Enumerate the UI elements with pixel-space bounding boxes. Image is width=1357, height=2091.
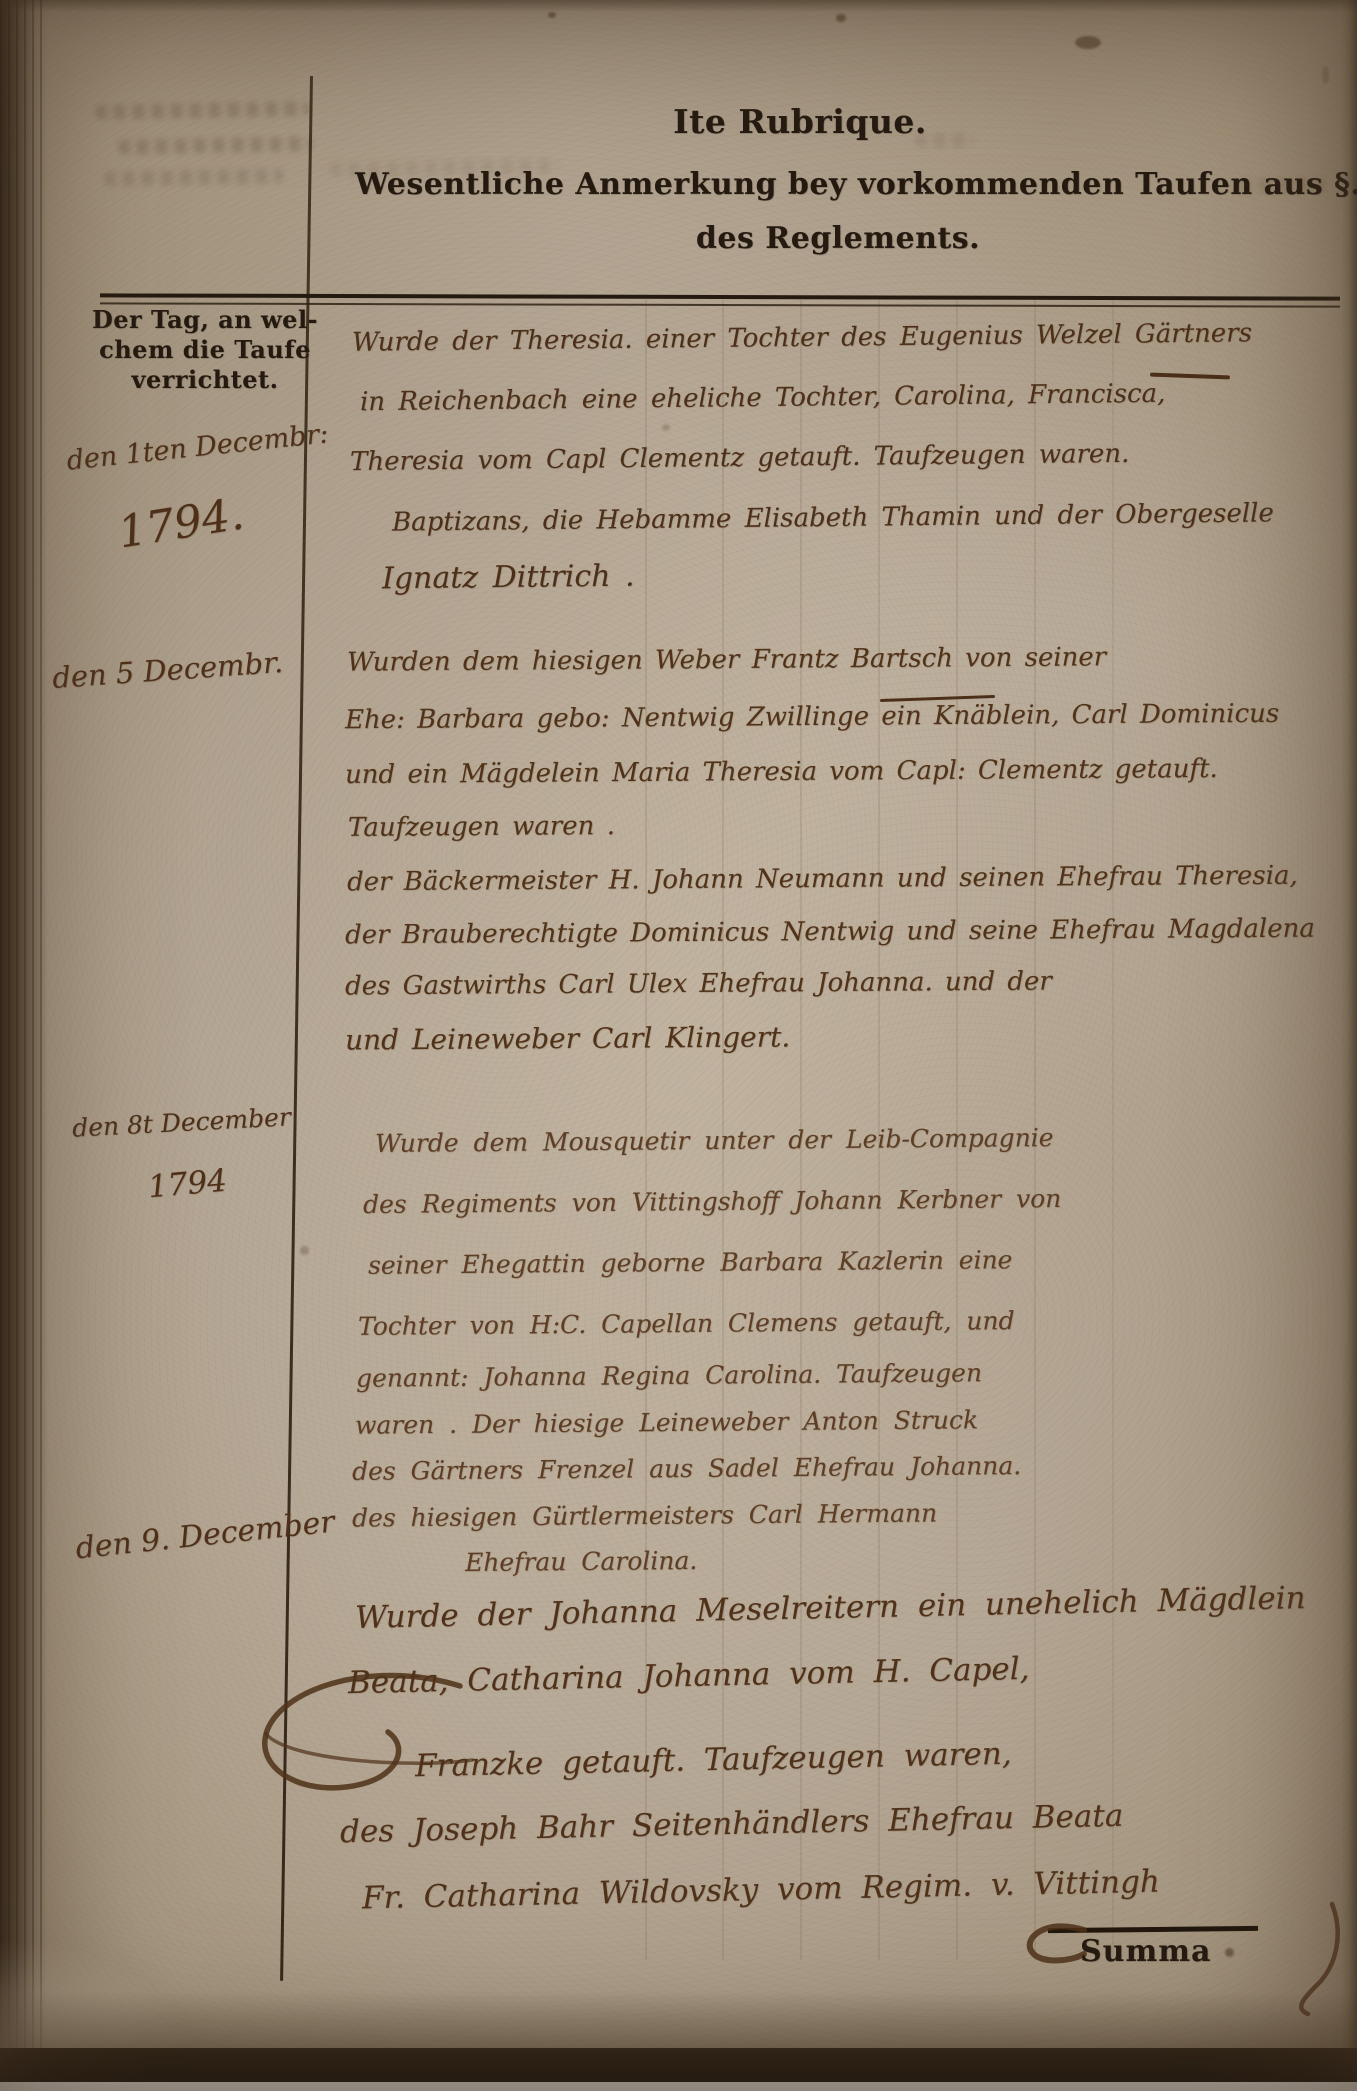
- handwritten-line: Theresia vom Capl Clementz getauft. Tauf…: [350, 439, 1130, 477]
- entry-date: den 8t December: [71, 1102, 291, 1142]
- handwritten-line: des Gastwirths Carl Ulex Ehefrau Johanna…: [345, 967, 1052, 1002]
- handwritten-line: seiner Ehegattin geborne Barbara Kazleri…: [368, 1245, 1013, 1280]
- summa-label: Summa: [1080, 1934, 1211, 1969]
- page-top-edge: [0, 0, 1357, 12]
- date-column-header-line1: Der Tag, an wel-: [82, 305, 328, 335]
- bleedthrough-text: [118, 136, 313, 154]
- entry-year: 1794: [147, 1163, 229, 1206]
- handwritten-line: in Reichenbach eine eheliche Tochter, Ca…: [360, 379, 1166, 417]
- ink-stain: [548, 12, 556, 18]
- ink-stain: [1075, 36, 1101, 49]
- handwritten-line: des hiesigen Gürtlermeisters Carl Herman…: [352, 1498, 937, 1532]
- page-corner-curl: [0, 1939, 190, 2049]
- handwritten-line: der Bäckermeister H. Johann Neumann und …: [347, 861, 1298, 898]
- handwritten-line: Wurde dem Mousquetir unter der Leib-Comp…: [375, 1123, 1054, 1158]
- ink-stain: [836, 14, 846, 22]
- entry-date: den 5 Decembr.: [51, 645, 284, 695]
- handwritten-line: Beata, Catharina Johanna vom H. Capel,: [348, 1651, 1030, 1701]
- page-right-edge: [1341, 0, 1357, 2091]
- paper-crease: [1112, 300, 1114, 1960]
- handwritten-line: Wurden dem hiesigen Weber Frantz Bartsch…: [347, 642, 1106, 677]
- bleedthrough-text: [95, 101, 310, 120]
- date-column-header-line2: chem die Taufe: [82, 335, 328, 365]
- handwritten-line: Baptizans, die Hebamme Elisabeth Thamin …: [392, 498, 1274, 537]
- handwritten-line: des Joseph Bahr Seitenhändlers Ehefrau B…: [340, 1798, 1124, 1850]
- summa-rule: [1048, 1926, 1258, 1933]
- handwritten-line: Ignatz Dittrich .: [382, 559, 635, 597]
- scan-bottom-strip: [0, 2082, 1357, 2091]
- handwritten-line: und Leineweber Carl Klingert.: [345, 1020, 790, 1056]
- handwritten-line: Ehefrau Carolina.: [465, 1546, 698, 1577]
- book-binding-edge: [0, 0, 48, 2091]
- scan-bottom-band: [0, 2048, 1357, 2082]
- handwritten-line: des Regiments von Vittingshoff Johann Ke…: [363, 1184, 1062, 1219]
- handwritten-line: und ein Mägdelein Maria Theresia vom Cap…: [345, 754, 1218, 790]
- ink-stain: [300, 1246, 309, 1255]
- entry-year: 1794.: [115, 488, 247, 558]
- bleedthrough-text: [104, 168, 284, 186]
- ink-flourish: [1278, 1900, 1348, 2020]
- header-rule-thick: [100, 293, 1340, 300]
- handwritten-line: waren . Der hiesige Leineweber Anton Str…: [355, 1405, 978, 1439]
- baptism-register-page: Ite Rubrique. Wesentliche Anmerkung bey …: [0, 0, 1357, 2091]
- entry-date: den 9. December: [74, 1505, 336, 1567]
- handwritten-line: der Brauberechtigte Dominicus Nentwig un…: [345, 914, 1315, 951]
- bottom-shadow: [0, 1991, 1357, 2051]
- ink-stain: [1322, 66, 1329, 84]
- handwritten-line: Taufzeugen waren .: [348, 811, 615, 843]
- handwritten-line: genannt: Johanna Regina Carolina. Taufze…: [356, 1358, 982, 1392]
- handwritten-line: Franzke getauft. Taufzeugen waren,: [415, 1736, 1012, 1784]
- handwritten-line: Ehe: Barbara gebo: Nentwig Zwillinge ein…: [345, 699, 1279, 736]
- page-title: Ite Rubrique.: [640, 102, 960, 141]
- handwritten-line: Fr. Catharina Wildovsky vom Regim. v. Vi…: [362, 1864, 1160, 1917]
- handwritten-line: Wurde der Johanna Meselreitern ein unehe…: [355, 1580, 1306, 1636]
- ink-stain: [1225, 1948, 1234, 1957]
- ink-stain: [662, 424, 670, 431]
- handwritten-line: Tochter von H:C. Capellan Clemens getauf…: [358, 1306, 1015, 1341]
- page-subtitle-line2: des Reglements.: [638, 221, 1038, 256]
- handwritten-line: des Gärtners Frenzel aus Sadel Ehefrau J…: [352, 1451, 1021, 1486]
- entry-date: den 1ten Decembr:: [65, 418, 330, 476]
- page-subtitle: Wesentliche Anmerkung bey vorkommenden T…: [355, 167, 1265, 202]
- handwritten-line: Wurde der Theresia. einer Tochter des Eu…: [352, 318, 1252, 357]
- date-column-header-line3: verrichtet.: [82, 365, 328, 395]
